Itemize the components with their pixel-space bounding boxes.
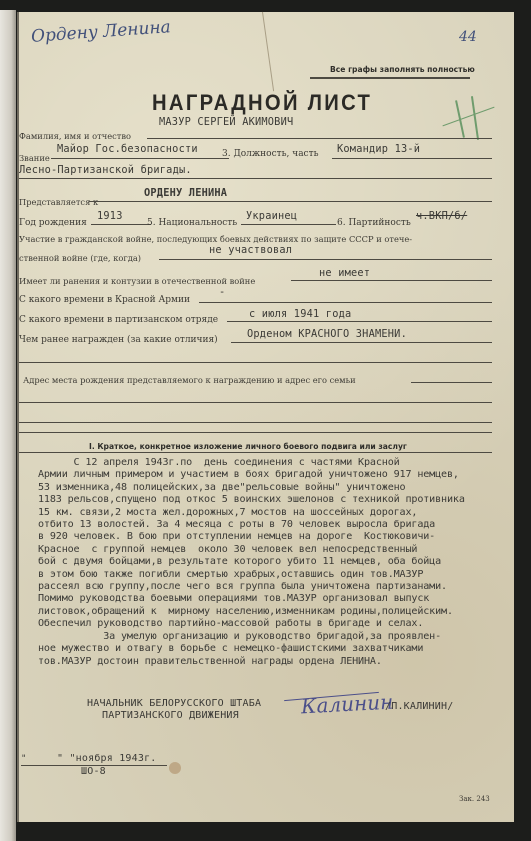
field-line	[241, 224, 336, 225]
field-line	[19, 402, 492, 403]
narrative-line: За умелую организацию и руководство бриг…	[38, 631, 465, 643]
birth-year-label: Год рождения	[19, 218, 87, 228]
reference-code: ШО-8	[81, 766, 106, 777]
field-line	[291, 280, 492, 281]
field-line	[91, 224, 151, 225]
paper-stain	[169, 762, 181, 774]
war-label-2: ственной войне (где, когда)	[19, 253, 141, 263]
signatory-title-1: НАЧАЛЬНИК БЕЛОРУССКОГО ШТАБА	[87, 698, 261, 709]
rank-label: Звание	[19, 153, 50, 163]
instruction-underline	[310, 77, 470, 79]
army-value: -	[219, 286, 225, 298]
nationality-label: 5. Национальность	[147, 218, 237, 228]
field-line	[147, 138, 492, 139]
section-heading: I. Краткое, конкретное изложение личного…	[89, 442, 407, 451]
narrative-line: в этом бою также погибли смертью храбрых…	[38, 569, 465, 581]
signatory-name: /П.КАЛИНИН/	[385, 701, 453, 712]
previous-awards-value: Орденом КРАСНОГО ЗНАМЕНИ.	[247, 328, 407, 340]
position-label: 3. Должность, часть	[222, 149, 318, 159]
address-label: Адрес места рождения представляемого к н…	[23, 375, 356, 385]
print-order-mark: Зак. 243	[459, 795, 490, 803]
paper-fold	[262, 12, 274, 91]
war-label-1: Участие в гражданской войне, последующих…	[19, 234, 412, 244]
narrative-line: 53 изменника,48 полицейских,за две"рельс…	[38, 482, 465, 494]
name-label: Фамилия, имя и отчество	[19, 131, 131, 141]
instruction-note: Все графы заполнять полностью	[330, 65, 475, 74]
page-title: НАГРАДНОЙ ЛИСТ	[152, 90, 372, 116]
field-line	[159, 259, 492, 260]
position-value: Командир 13-й	[337, 143, 420, 155]
narrative-line: тов.МАЗУР достоин правительственной нагр…	[38, 656, 465, 668]
partisan-value: с июля 1941 года	[249, 308, 351, 320]
narrative-text: С 12 апреля 1943г.по день соединения с ч…	[38, 457, 465, 668]
name-value: МАЗУР СЕРГЕЙ АКИМОВИЧ	[159, 116, 293, 128]
war-value: не участвовал	[209, 244, 292, 256]
field-line	[19, 432, 492, 433]
date-value: " "ноября 1943г.	[57, 753, 157, 764]
previous-awards-label: Чем ранее награжден (за какие отличия)	[19, 335, 218, 345]
narrative-line: ное мужество и отвагу в борьбе с немецко…	[38, 643, 465, 655]
narrative-line: Красное с группой немцев около 30 челове…	[38, 544, 465, 556]
wounds-label: Имеет ли ранения и контузии в отечествен…	[19, 276, 255, 286]
partisan-label: С какого времени в партизанском отряде	[19, 315, 218, 325]
binder-edge	[0, 10, 16, 841]
field-line	[19, 178, 492, 179]
field-line	[51, 158, 229, 159]
field-line	[332, 158, 492, 159]
field-line	[19, 422, 492, 423]
archive-mark-stroke	[442, 107, 494, 127]
party-value: ч.ВКП/б/	[416, 210, 467, 222]
nationality-value: Украинец	[246, 210, 297, 222]
field-line	[227, 321, 492, 322]
signatory-title-2: ПАРТИЗАНСКОГО ДВИЖЕНИЯ	[102, 710, 239, 721]
field-line	[199, 302, 492, 303]
archive-mark-stroke	[471, 96, 479, 140]
award-value: ОРДЕНУ ЛЕНИНА	[144, 187, 227, 199]
narrative-line: бой с двумя бойцами,в результате которог…	[38, 556, 465, 568]
narrative-line: С 12 апреля 1943г.по день соединения с ч…	[38, 457, 465, 469]
rank-value: Майор Гос.безопасности	[57, 143, 198, 155]
narrative-line: в 920 человек. В бою при отступлении нем…	[38, 531, 465, 543]
section-divider	[19, 452, 492, 453]
narrative-line: 1183 рельсов,спущено под откос 5 воински…	[38, 494, 465, 506]
narrative-line: Армии личным примером и участием в боях …	[38, 469, 465, 481]
birth-year-value: 1913	[97, 210, 123, 222]
wounds-value: не имеет	[319, 267, 370, 279]
position-value-continued: Лесно-Партизанской бригады.	[19, 164, 192, 176]
narrative-line: 15 км. связи,2 моста жел.дорожных,7 мост…	[38, 507, 465, 519]
narrative-line: отбито 13 волостей. За 4 месяца с роты в…	[38, 519, 465, 531]
party-label: 6. Партийность	[337, 218, 411, 228]
narrative-line: листовок,обращений к мирному населению,и…	[38, 606, 465, 618]
army-label: С какого времени в Красной Армии	[19, 295, 190, 305]
award-label: Представляется к	[19, 197, 98, 207]
field-line	[411, 382, 492, 383]
field-line	[19, 362, 492, 363]
field-line	[89, 201, 492, 202]
date-open-quote: "	[21, 754, 27, 764]
field-line	[231, 342, 492, 343]
narrative-line: Помимо руководства боевыми операциями то…	[38, 593, 465, 605]
narrative-line: рассеял всю группу,после чего вся группа…	[38, 581, 465, 593]
narrative-line: Обеспечил руководство партийно-массовой …	[38, 618, 465, 630]
handwritten-award-note: Ордену Ленина	[30, 17, 171, 47]
award-sheet-page: Ордену Ленина 44 Все графы заполнять пол…	[17, 12, 514, 822]
page-number: 44	[459, 29, 477, 45]
